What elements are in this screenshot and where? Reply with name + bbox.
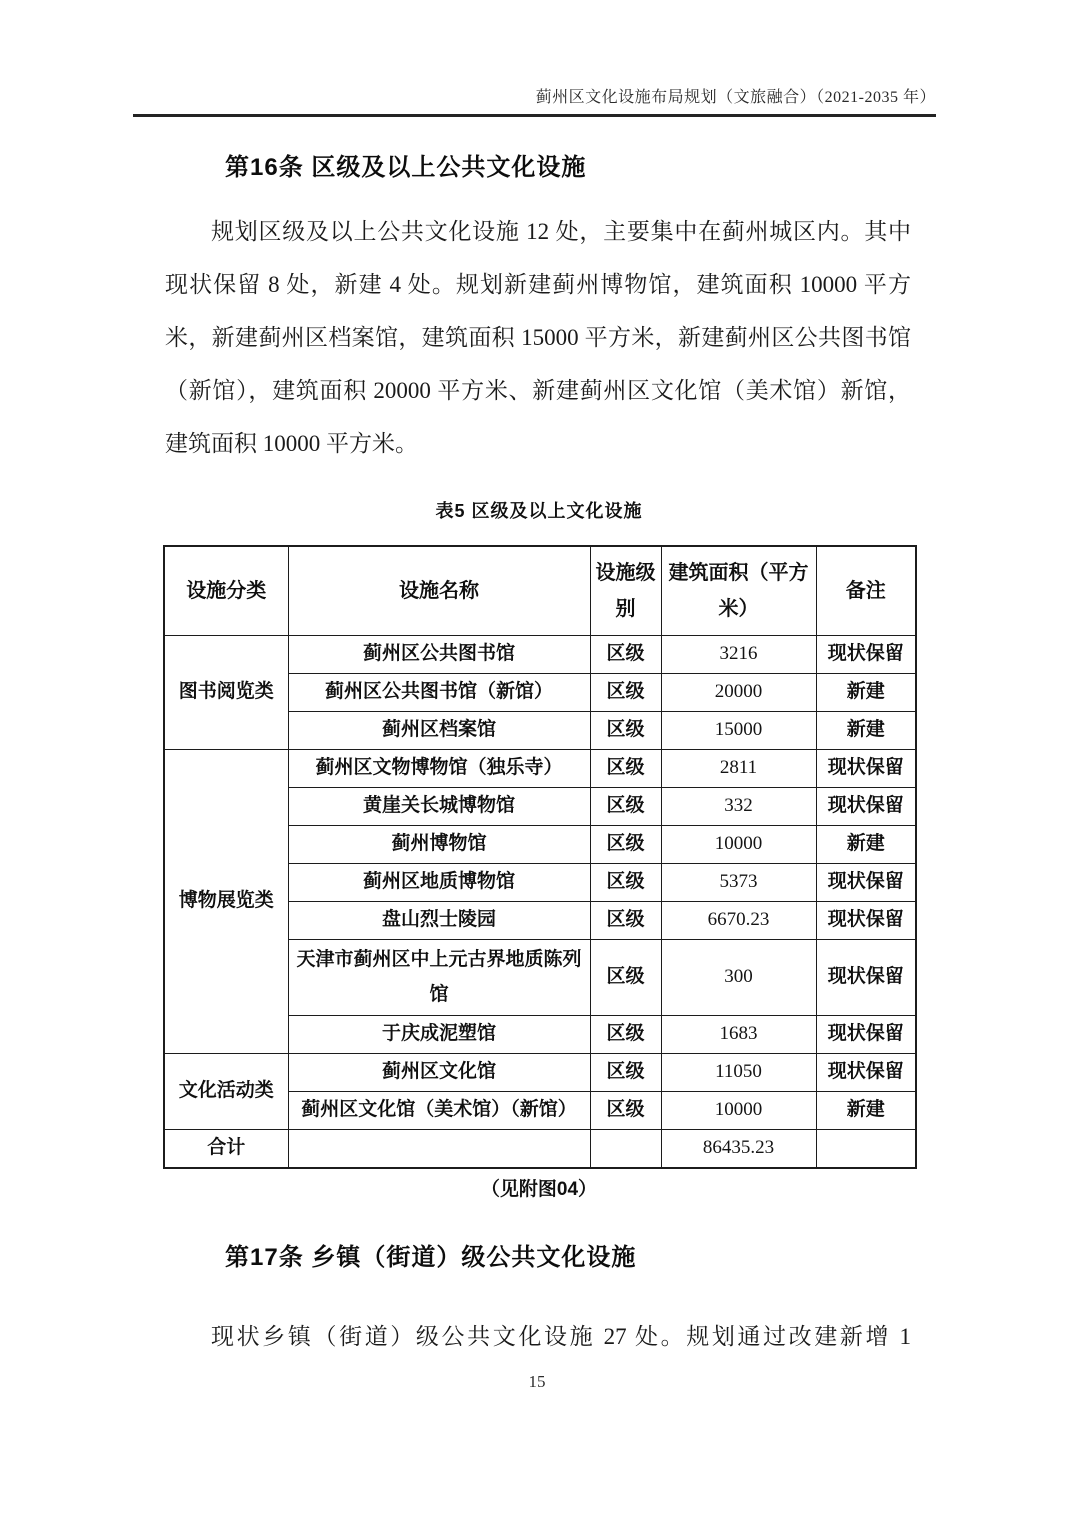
column-header-category: 设施分类	[164, 546, 288, 636]
cell-note: 新建	[816, 674, 916, 712]
cell-facility-name: 黄崖关长城博物馆	[288, 788, 590, 826]
cell-note: 现状保留	[816, 788, 916, 826]
cell-area: 332	[661, 788, 816, 826]
cell-area: 10000	[661, 826, 816, 864]
cell-facility-name: 于庆成泥塑馆	[288, 1016, 590, 1054]
cell-facility-name: 蓟州区文化馆（美术馆）（新馆）	[288, 1092, 590, 1130]
cell-level: 区级	[590, 1092, 661, 1130]
column-header-name: 设施名称	[288, 546, 590, 636]
cell-area: 2811	[661, 750, 816, 788]
document-page: 蓟州区文化设施布局规划（文旅融合）（2021-2035 年） 第16条 区级及以…	[0, 0, 1074, 1520]
facility-table: 设施分类 设施名称 设施级别 建筑面积（平方米） 备注 图书阅览类 蓟州区公共图…	[163, 545, 917, 1169]
cell-note: 新建	[816, 826, 916, 864]
column-header-note: 备注	[816, 546, 916, 636]
cell-total-area: 86435.23	[661, 1130, 816, 1168]
page-number: 15	[0, 1372, 1074, 1392]
column-header-area: 建筑面积（平方米）	[661, 546, 816, 636]
table-row: 博物展览类 蓟州区文物博物馆（独乐寺） 区级 2811 现状保留	[164, 750, 916, 788]
cell-facility-name: 蓟州区文物博物馆（独乐寺）	[288, 750, 590, 788]
cell-category: 图书阅览类	[164, 636, 288, 750]
article-17-paragraph: 现状乡镇（街道）级公共文化设施 27 处。规划通过改建新增 1	[165, 1310, 911, 1363]
article-17-heading: 第17条 乡镇（街道）级公共文化设施	[225, 1237, 636, 1272]
article-16-heading: 第16条 区级及以上公共文化设施	[225, 147, 586, 182]
cell-area: 3216	[661, 636, 816, 674]
cell-facility-name: 蓟州区文化馆	[288, 1054, 590, 1092]
table-total-row: 合计 86435.23	[164, 1130, 916, 1168]
cell-level: 区级	[590, 826, 661, 864]
cell-area: 11050	[661, 1054, 816, 1092]
cell-level: 区级	[590, 750, 661, 788]
cell-facility-name: 蓟州区公共图书馆（新馆）	[288, 674, 590, 712]
cell-note: 现状保留	[816, 636, 916, 674]
cell-area: 10000	[661, 1092, 816, 1130]
cell-note: 现状保留	[816, 902, 916, 940]
cell-area: 15000	[661, 712, 816, 750]
cell-total-label: 合计	[164, 1130, 288, 1168]
cell-facility-name: 天津市蓟州区中上元古界地质陈列馆	[288, 940, 590, 1016]
table-caption: 表5 区级及以上文化设施	[163, 497, 915, 523]
table-footnote: （见附图04）	[163, 1174, 915, 1201]
column-header-level: 设施级别	[590, 546, 661, 636]
cell-level: 区级	[590, 636, 661, 674]
cell-note: 新建	[816, 1092, 916, 1130]
cell-level: 区级	[590, 902, 661, 940]
cell-area: 20000	[661, 674, 816, 712]
page-header: 蓟州区文化设施布局规划（文旅融合）（2021-2035 年）	[133, 84, 936, 117]
cell-empty	[590, 1130, 661, 1168]
cell-note: 现状保留	[816, 1054, 916, 1092]
header-rule	[133, 114, 936, 117]
cell-level: 区级	[590, 1016, 661, 1054]
header-title: 蓟州区文化设施布局规划（文旅融合）（2021-2035 年）	[133, 84, 936, 107]
cell-category: 文化活动类	[164, 1054, 288, 1130]
cell-facility-name: 盘山烈士陵园	[288, 902, 590, 940]
cell-note: 现状保留	[816, 940, 916, 1016]
cell-empty	[288, 1130, 590, 1168]
table-row: 文化活动类 蓟州区文化馆 区级 11050 现状保留	[164, 1054, 916, 1092]
cell-empty	[816, 1130, 916, 1168]
cell-note: 新建	[816, 712, 916, 750]
cell-level: 区级	[590, 864, 661, 902]
cell-facility-name: 蓟州区档案馆	[288, 712, 590, 750]
cell-area: 300	[661, 940, 816, 1016]
cell-category: 博物展览类	[164, 750, 288, 1054]
cell-note: 现状保留	[816, 1016, 916, 1054]
table-header-row: 设施分类 设施名称 设施级别 建筑面积（平方米） 备注	[164, 546, 916, 636]
cell-facility-name: 蓟州博物馆	[288, 826, 590, 864]
cell-level: 区级	[590, 940, 661, 1016]
cell-facility-name: 蓟州区地质博物馆	[288, 864, 590, 902]
cell-note: 现状保留	[816, 864, 916, 902]
cell-area: 5373	[661, 864, 816, 902]
cell-level: 区级	[590, 1054, 661, 1092]
table-row: 图书阅览类 蓟州区公共图书馆 区级 3216 现状保留	[164, 636, 916, 674]
cell-level: 区级	[590, 788, 661, 826]
cell-facility-name: 蓟州区公共图书馆	[288, 636, 590, 674]
cell-level: 区级	[590, 674, 661, 712]
cell-area: 1683	[661, 1016, 816, 1054]
article-16-paragraph: 规划区级及以上公共文化设施 12 处，主要集中在蓟州城区内。其中现状保留 8 处…	[165, 205, 911, 470]
cell-area: 6670.23	[661, 902, 816, 940]
cell-note: 现状保留	[816, 750, 916, 788]
cell-level: 区级	[590, 712, 661, 750]
